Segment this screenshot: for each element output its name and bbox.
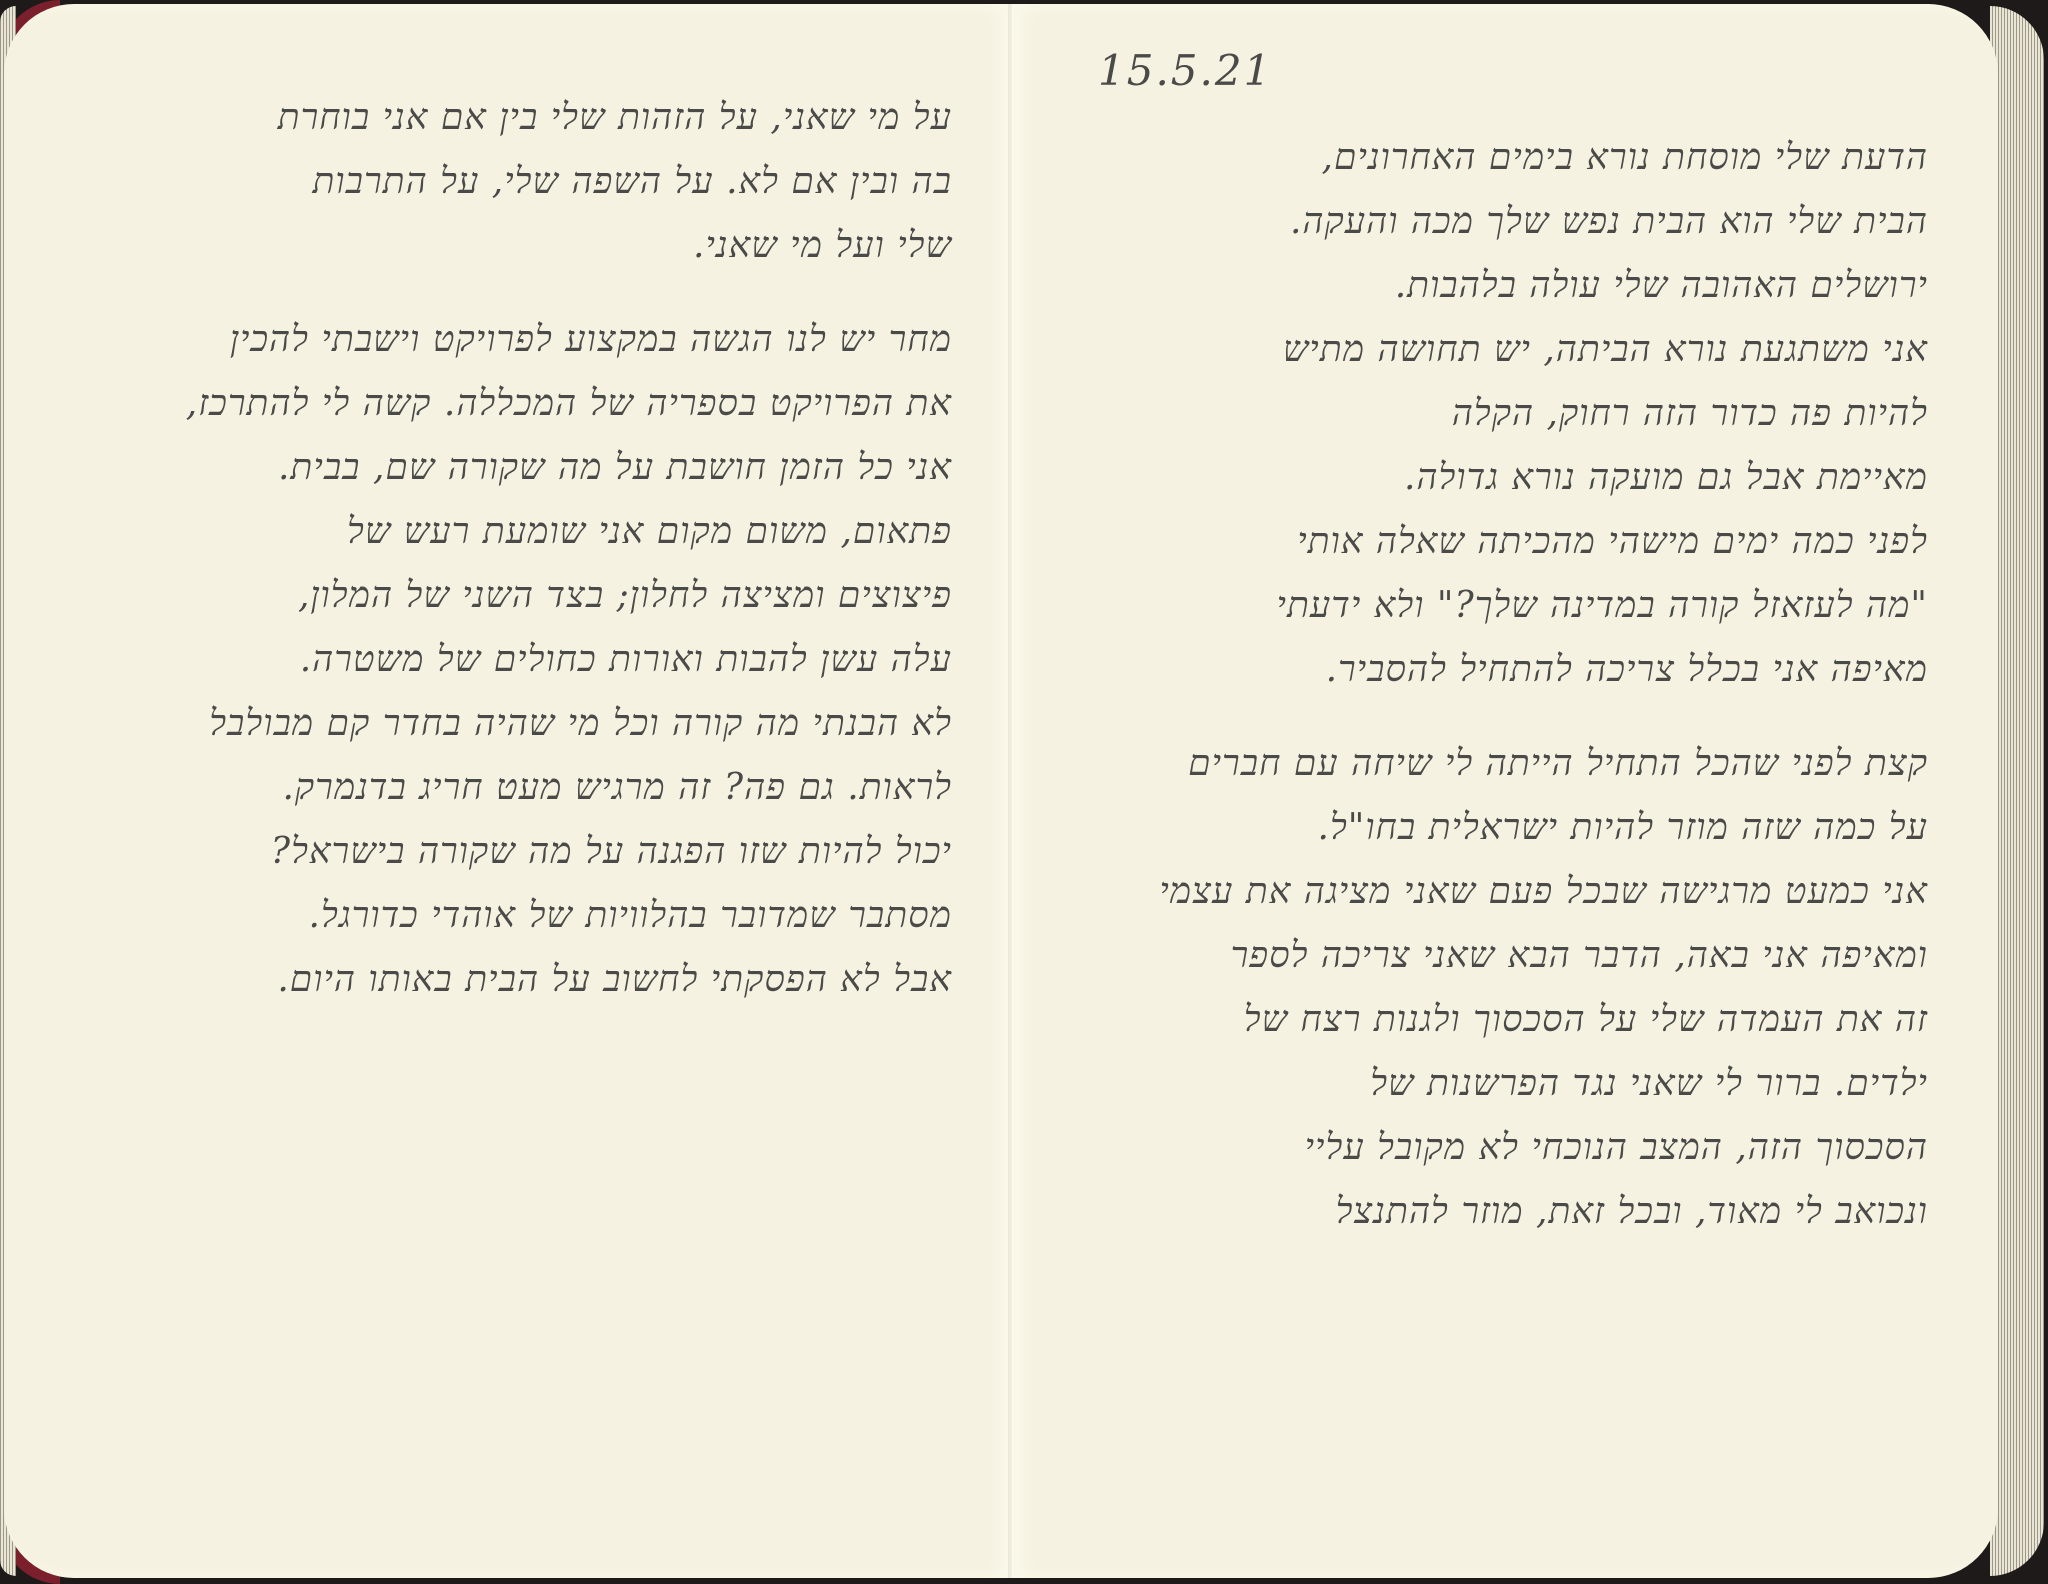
text-line: אני כמעט מרגישה שבכל פעם שאני מציגה את ע… [1012, 860, 1928, 924]
page-stack-right [1990, 6, 2044, 1576]
right-page-text: הדעת שלי מוסחת נורא בימים האחרונים, הבית… [1012, 126, 1928, 1244]
text-line: הבית שלי הוא הבית נפש שלך מכה והעקה. [1012, 190, 1928, 254]
text-line: הסכסוך הזה, המצב הנוכחי לא מקובל עליי [1012, 1116, 1928, 1180]
text-line: אבל לא הפסקתי לחשוב על הבית באותו היום. [32, 948, 952, 1012]
text-line: עלה עשן להבות ואורות כחולים של משטרה. [32, 628, 952, 692]
text-line: ילדים. ברור לי שאני נגד הפרשנות של [1012, 1052, 1928, 1116]
text-line: פתאום, משום מקום אני שומעת רעש של [32, 500, 952, 564]
text-line: מאיפה אני בכלל צריכה להתחיל להסביר. [1012, 638, 1928, 702]
paragraph: הדעת שלי מוסחת נורא בימים האחרונים, הבית… [1012, 126, 1928, 318]
text-line: על כמה שזה מוזר להיות ישראלית בחו"ל. [1012, 796, 1928, 860]
text-line: לפני כמה ימים מישהי מהכיתה שאלה אותי [1012, 510, 1928, 574]
text-line: לא הבנתי מה קורה וכל מי שהיה בחדר קם מבו… [32, 692, 952, 756]
text-line: הדעת שלי מוסחת נורא בימים האחרונים, [1012, 126, 1928, 190]
paragraph: על מי שאני, על הזהות שלי בין אם אני בוחר… [32, 86, 952, 278]
paragraph: אני משתגעת נורא הביתה, יש תחושה מתיש להי… [1012, 318, 1928, 510]
paragraph: מחר יש לנו הגשה במקצוע לפרויקט וישבתי לה… [32, 308, 952, 692]
text-line: על מי שאני, על הזהות שלי בין אם אני בוחר… [32, 86, 952, 150]
text-line: בה ובין אם לא. על השפה שלי, על התרבות [32, 150, 952, 214]
text-line: "מה לעזאזל קורה במדינה שלך?" ולא ידעתי [1012, 574, 1928, 638]
paragraph-gap [1012, 702, 1928, 732]
text-line: ירושלים האהובה שלי עולה בלהבות. [1012, 254, 1928, 318]
notebook-spread: על מי שאני, על הזהות שלי בין אם אני בוחר… [0, 0, 2048, 1584]
left-page: על מי שאני, על הזהות שלי בין אם אני בוחר… [4, 4, 1012, 1578]
text-line: יכול להיות שזו הפגנה על מה שקורה בישראל? [32, 820, 952, 884]
right-page: 15.5.21 הדעת שלי מוסחת נורא בימים האחרונ… [1012, 4, 1998, 1578]
entry-date: 15.5.21 [1098, 46, 1272, 95]
text-line: זה את העמדה שלי על הסכסוך ולגנות רצח של [1012, 988, 1928, 1052]
text-line: אני משתגעת נורא הביתה, יש תחושה מתיש [1012, 318, 1928, 382]
text-line: לראות. גם פה? זה מרגיש מעט חריג בדנמרק. [32, 756, 952, 820]
left-page-text: על מי שאני, על הזהות שלי בין אם אני בוחר… [32, 86, 952, 1012]
text-line: אני כל הזמן חושבת על מה שקורה שם, בבית. [32, 436, 952, 500]
text-line: להיות פה כדור הזה רחוק, הקלה [1012, 382, 1928, 446]
text-line: מאיימת אבל גם מועקה נורא גדולה. [1012, 446, 1928, 510]
text-line: מסתבר שמדובר בהלוויות של אוהדי כדורגל. [32, 884, 952, 948]
text-line: ונכואב לי מאוד, ובכל זאת, מוזר להתנצל [1012, 1180, 1928, 1244]
text-line: שלי ועל מי שאני. [32, 214, 952, 278]
paragraph-gap [32, 278, 952, 308]
text-line: ומאיפה אני באה, הדבר הבא שאני צריכה לספר [1012, 924, 1928, 988]
text-line: קצת לפני שהכל התחיל הייתה לי שיחה עם חבר… [1012, 732, 1928, 796]
paragraph: לפני כמה ימים מישהי מהכיתה שאלה אותי "מה… [1012, 510, 1928, 702]
text-line: מחר יש לנו הגשה במקצוע לפרויקט וישבתי לה… [32, 308, 952, 372]
text-line: את הפרויקט בספריה של המכללה. קשה לי להתר… [32, 372, 952, 436]
paragraph: לא הבנתי מה קורה וכל מי שהיה בחדר קם מבו… [32, 692, 952, 1012]
paragraph: קצת לפני שהכל התחיל הייתה לי שיחה עם חבר… [1012, 732, 1928, 1244]
text-line: פיצוצים ומציצה לחלון; בצד השני של המלון, [32, 564, 952, 628]
